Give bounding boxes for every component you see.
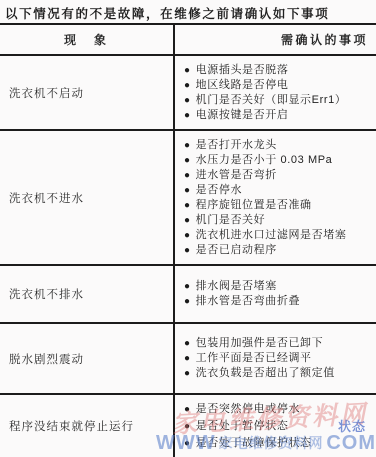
list-item: ●洗衣负载是否超出了额定值 (184, 366, 376, 381)
bullet-icon: ● (184, 78, 191, 93)
list-item: ●是否打开水龙头 (184, 138, 376, 153)
phenomenon-label: 程序没结束就停止运行 (0, 395, 175, 457)
list-item: ●包装用加强件是否已卸下 (184, 336, 376, 351)
item-text: 机门是否关好 (196, 213, 266, 228)
list-item: ●机门是否关好（即显示Err1） (184, 93, 376, 108)
bullet-icon: ● (184, 183, 191, 198)
bullet-icon: ● (184, 93, 191, 108)
bullet-icon: ● (184, 138, 191, 153)
table-row: 程序没结束就停止运行 ●是否突然停电或停水 ●是否处于暂停状态 ●是否处于故障保… (0, 393, 376, 457)
bullet-icon: ● (184, 108, 191, 123)
list-item: ●水压力是否小于 0.03 MPa (184, 153, 376, 168)
bullet-icon: ● (184, 294, 191, 309)
item-text: 是否停水 (196, 183, 242, 198)
bullet-icon: ● (184, 243, 191, 258)
item-text: 电源插头是否脱落 (196, 63, 289, 78)
phenomenon-label: 洗衣机不启动 (0, 56, 175, 129)
items-list: ●排水阀是否堵塞 ●排水管是否弯曲折叠 (175, 266, 376, 322)
item-text: 是否处于故障保护状态 (196, 435, 312, 452)
item-text: 是否突然停电或停水 (196, 401, 300, 418)
list-item: ●排水阀是否堵塞 (184, 279, 376, 294)
item-text: 电源按键是否开启 (196, 108, 289, 123)
list-item: ●是否处于故障保护状态 (184, 435, 376, 452)
bullet-icon: ● (184, 351, 191, 366)
table-header-row: 现 象 需确认的事项 (0, 23, 376, 54)
list-item: ●洗衣机进水口过滤网是否堵塞 (184, 228, 376, 243)
items-list: ●是否打开水龙头 ●水压力是否小于 0.03 MPa ●进水管是否弯折 ●是否停… (175, 131, 376, 264)
bullet-icon: ● (184, 228, 191, 243)
item-text: 水压力是否小于 0.03 MPa (196, 153, 333, 168)
item-text: 机门是否关好（即显示Err1） (196, 93, 347, 108)
phenomenon-label: 脱水剧烈震动 (0, 324, 175, 393)
list-item: ●是否已启动程序 (184, 243, 376, 258)
items-list: ●是否突然停电或停水 ●是否处于暂停状态 ●是否处于故障保护状态 (175, 395, 376, 457)
items-list: ●电源插头是否脱落 ●地区线路是否停电 ●机门是否关好（即显示Err1） ●电源… (175, 56, 376, 129)
phenomenon-label: 洗衣机不排水 (0, 266, 175, 322)
bullet-icon: ● (184, 418, 191, 435)
table-row: 洗衣机不启动 ●电源插头是否脱落 ●地区线路是否停电 ●机门是否关好（即显示Er… (0, 54, 376, 129)
list-item: ●进水管是否弯折 (184, 168, 376, 183)
bullet-icon: ● (184, 401, 191, 418)
list-item: ●程序旋钮位置是否准确 (184, 198, 376, 213)
item-text: 程序旋钮位置是否准确 (196, 198, 312, 213)
item-text: 是否打开水龙头 (196, 138, 277, 153)
page-title: 以下情况有的不是故障，在维修之前请确认如下事项 (5, 4, 371, 22)
list-item: ●是否突然停电或停水 (184, 401, 376, 418)
bullet-icon: ● (184, 153, 191, 168)
list-item: ●是否停水 (184, 183, 376, 198)
scanned-manual-page: 以下情况有的不是故障，在维修之前请确认如下事项 现 象 需确认的事项 洗衣机不启… (0, 0, 376, 457)
item-text: 排水阀是否堵塞 (196, 279, 277, 294)
list-item: ●电源按键是否开启 (184, 108, 376, 123)
table-row: 洗衣机不进水 ●是否打开水龙头 ●水压力是否小于 0.03 MPa ●进水管是否… (0, 129, 376, 264)
bullet-icon: ● (184, 168, 191, 183)
item-text: 包装用加强件是否已卸下 (196, 336, 324, 351)
item-text: 进水管是否弯折 (196, 168, 277, 183)
list-item: ●地区线路是否停电 (184, 78, 376, 93)
item-text: 是否处于暂停状态 (196, 418, 289, 435)
item-text: 地区线路是否停电 (196, 78, 289, 93)
item-text: 工作平面是否已经调平 (196, 351, 312, 366)
item-text: 洗衣机进水口过滤网是否堵塞 (196, 228, 347, 243)
troubleshooting-table: 现 象 需确认的事项 洗衣机不启动 ●电源插头是否脱落 ●地区线路是否停电 ●机… (0, 23, 376, 457)
item-text: 是否已启动程序 (196, 243, 277, 258)
list-item: ●电源插头是否脱落 (184, 63, 376, 78)
item-text: 洗衣负载是否超出了额定值 (196, 366, 335, 381)
bullet-icon: ● (184, 366, 191, 381)
item-text: 排水管是否弯曲折叠 (196, 294, 300, 309)
bullet-icon: ● (184, 198, 191, 213)
bullet-icon: ● (184, 279, 191, 294)
phenomenon-label: 洗衣机不进水 (0, 131, 175, 264)
list-item: ●工作平面是否已经调平 (184, 351, 376, 366)
list-item: ●是否处于暂停状态 (184, 418, 376, 435)
bullet-icon: ● (184, 336, 191, 351)
bullet-icon: ● (184, 63, 191, 78)
header-items: 需确认的事项 (175, 25, 376, 54)
bullet-icon: ● (184, 213, 191, 228)
list-item: ●排水管是否弯曲折叠 (184, 294, 376, 309)
bullet-icon: ● (184, 435, 191, 452)
header-phenomenon: 现 象 (0, 25, 175, 54)
table-row: 洗衣机不排水 ●排水阀是否堵塞 ●排水管是否弯曲折叠 (0, 264, 376, 322)
table-row: 脱水剧烈震动 ●包装用加强件是否已卸下 ●工作平面是否已经调平 ●洗衣负载是否超… (0, 322, 376, 393)
list-item: ●机门是否关好 (184, 213, 376, 228)
items-list: ●包装用加强件是否已卸下 ●工作平面是否已经调平 ●洗衣负载是否超出了额定值 (175, 324, 376, 393)
